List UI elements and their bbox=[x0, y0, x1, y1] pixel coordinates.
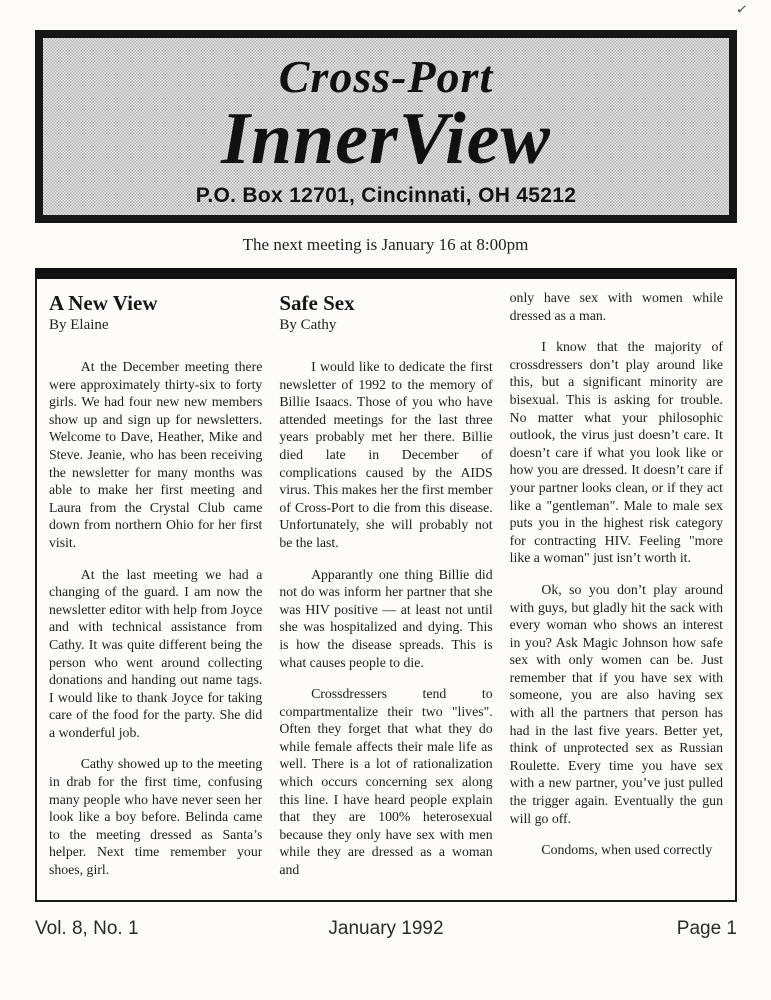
article-paragraph: At the last meeting we had a changing of… bbox=[49, 566, 262, 742]
footer-date: January 1992 bbox=[35, 918, 737, 940]
articles-box: A New View By Elaine At the December mee… bbox=[35, 268, 737, 902]
column-a-new-view: A New View By Elaine At the December mee… bbox=[49, 289, 262, 890]
article-paragraph: At the December meeting there were appro… bbox=[49, 358, 262, 552]
masthead: Cross-Port InnerView P.O. Box 12701, Cin… bbox=[35, 30, 737, 223]
article-paragraph: Cathy showed up to the meeting in drab f… bbox=[49, 755, 262, 878]
column-safe-sex: Safe Sex By Cathy I would like to dedica… bbox=[279, 289, 492, 890]
article-title: Safe Sex bbox=[279, 291, 492, 315]
article-paragraph: I know that the majority of crossdresser… bbox=[510, 338, 723, 567]
masthead-org-name: Cross-Port bbox=[43, 52, 729, 102]
footer-page-number: Page 1 bbox=[677, 918, 737, 940]
article-paragraph: Crossdressers tend to compartmentalize t… bbox=[279, 685, 492, 879]
pen-checkmark-icon: ✓ bbox=[735, 1, 749, 18]
article-paragraph: Condoms, when used correctly bbox=[510, 841, 723, 859]
article-paragraph: Ok, so you don’t play around with guys, … bbox=[510, 581, 723, 827]
masthead-address: P.O. Box 12701, Cincinnati, OH 45212 bbox=[43, 184, 729, 208]
footer-volume: Vol. 8, No. 1 bbox=[35, 918, 139, 940]
article-paragraph: only have sex with women while dressed a… bbox=[510, 289, 723, 324]
article-byline: By Cathy bbox=[279, 316, 492, 334]
article-byline: By Elaine bbox=[49, 316, 262, 334]
article-paragraph: I would like to dedicate the first newsl… bbox=[279, 358, 492, 552]
meeting-notice: The next meeting is January 16 at 8:00pm bbox=[0, 235, 771, 255]
column-safe-sex-continued: only have sex with women while dressed a… bbox=[510, 289, 723, 890]
newsletter-page: ✓ Cross-Port InnerView P.O. Box 12701, C… bbox=[0, 0, 771, 1000]
page-footer: January 1992 Vol. 8, No. 1 Page 1 bbox=[35, 918, 737, 940]
article-paragraph: Apparantly one thing Billie did not do w… bbox=[279, 566, 492, 672]
masthead-newsletter-title: InnerView bbox=[43, 102, 729, 176]
article-title: A New View bbox=[49, 291, 262, 315]
